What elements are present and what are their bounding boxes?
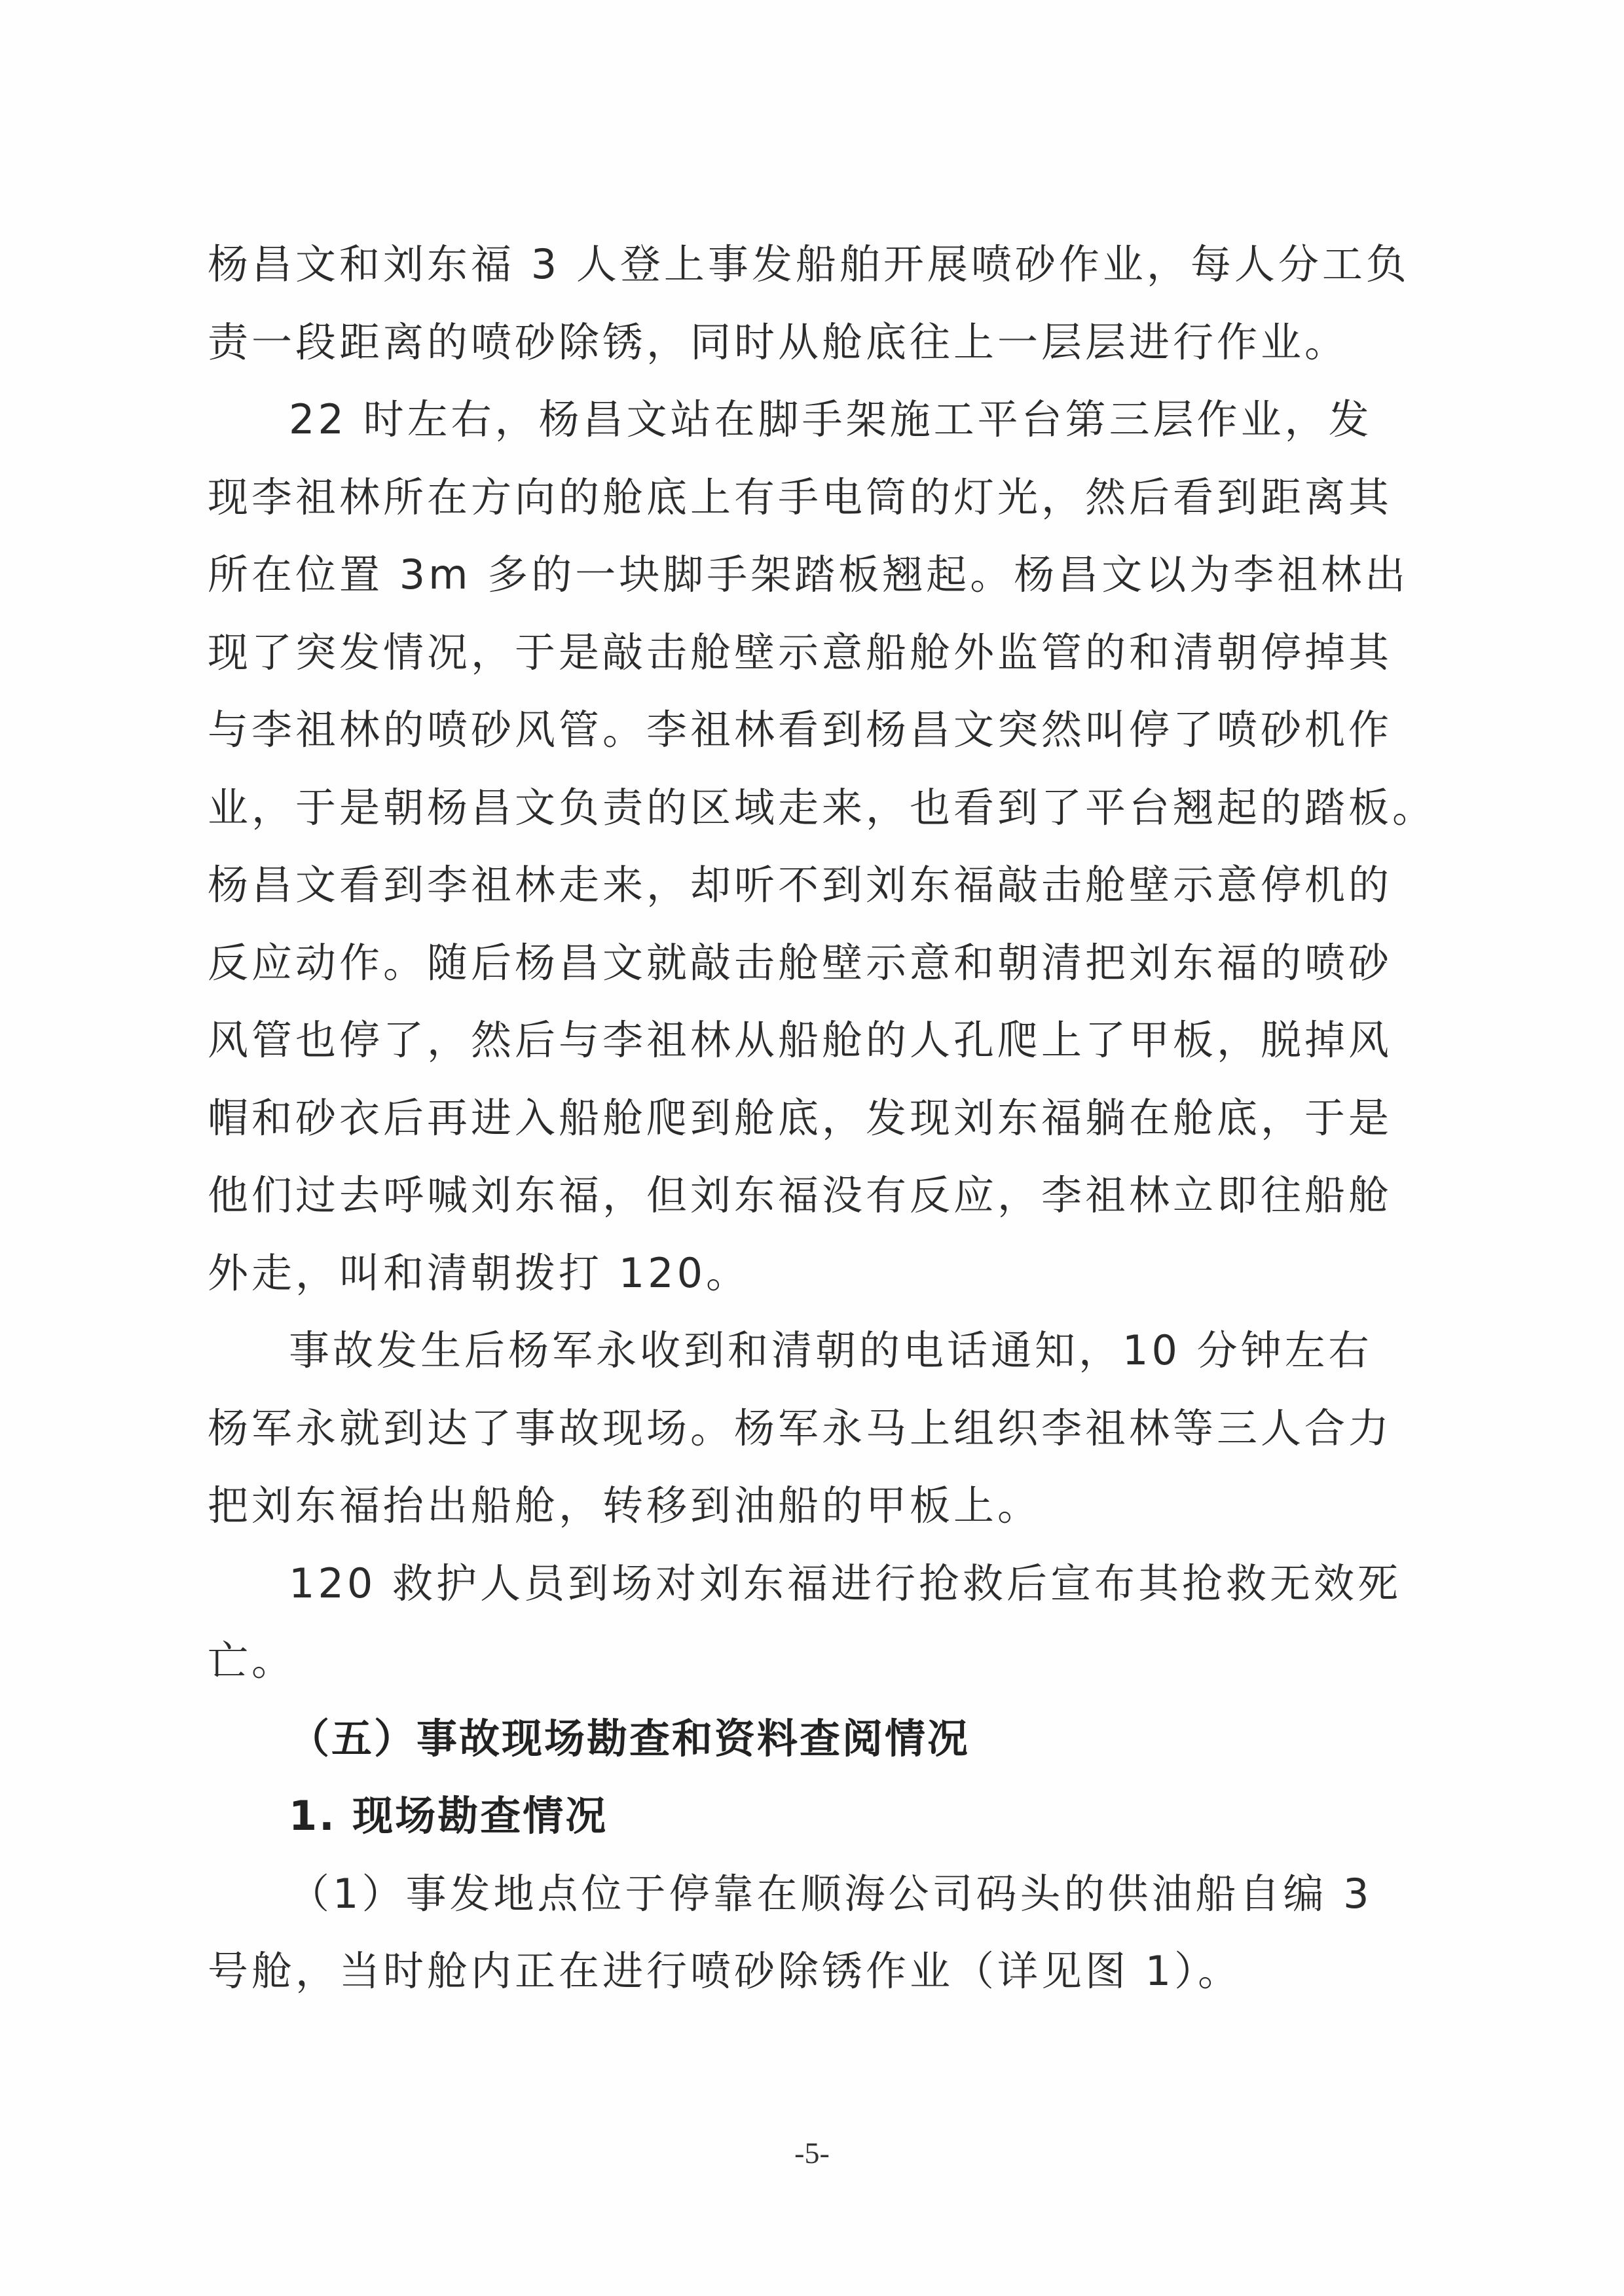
text-line: 杨昌文和刘东福 3 人登上事发船舶开展喷砂作业，每人分工负 [208, 226, 1367, 304]
text-line: 与李祖林的喷砂风管。李祖林看到杨昌文突然叫停了喷砂机作 [208, 691, 1367, 769]
text-line: 现了突发情况，于是敲击舱壁示意船舱外监管的和清朝停掉其 [208, 614, 1367, 692]
text-line: 把刘东福抬出船舱，转移到油船的甲板上。 [208, 1467, 1367, 1545]
text-line: 事故发生后杨军永收到和清朝的电话通知，10 分钟左右 [208, 1312, 1367, 1390]
text-line: 业，于是朝杨昌文负责的区域走来，也看到了平台翘起的踏板。 [208, 769, 1367, 847]
text-line: 外走，叫和清朝拨打 120。 [208, 1235, 1367, 1313]
text-line: 现李祖林所在方向的舱底上有手电筒的灯光，然后看到距离其 [208, 459, 1367, 537]
text-line: 杨军永就到达了事故现场。杨军永马上组织李祖林等三人合力 [208, 1390, 1367, 1468]
paragraph-rescue: 120 救护人员到场对刘东福进行抢救后宣布其抢救无效死 亡。 [208, 1545, 1367, 1700]
text-line: 杨昌文看到李祖林走来，却听不到刘东福敲击舱壁示意停机的 [208, 847, 1367, 924]
text-line: 责一段距离的喷砂除锈，同时从舱底往上一层层进行作业。 [208, 304, 1367, 382]
page-number: -5- [0, 2136, 1624, 2170]
paragraph-22h-events: 22 时左右，杨昌文站在脚手架施工平台第三层作业，发 现李祖林所在方向的舱底上有… [208, 381, 1367, 1312]
document-page: 杨昌文和刘东福 3 人登上事发船舶开展喷砂作业，每人分工负 责一段距离的喷砂除锈… [0, 0, 1624, 2296]
text-line: 他们过去呼喊刘东福，但刘东福没有反应，李祖林立即往船舱 [208, 1157, 1367, 1235]
paragraph-continuation: 杨昌文和刘东福 3 人登上事发船舶开展喷砂作业，每人分工负 责一段距离的喷砂除锈… [208, 226, 1367, 381]
text-line: 22 时左右，杨昌文站在脚手架施工平台第三层作业，发 [208, 381, 1367, 459]
text-line: 120 救护人员到场对刘东福进行抢救后宣布其抢救无效死 [208, 1545, 1367, 1623]
document-body: 杨昌文和刘东福 3 人登上事发船舶开展喷砂作业，每人分工负 责一段距离的喷砂除锈… [208, 226, 1367, 2011]
text-line: 号舱，当时舱内正在进行喷砂除锈作业（详见图 1）。 [208, 1933, 1367, 2011]
text-line: （1）事发地点位于停靠在顺海公司码头的供油船自编 3 [208, 1855, 1367, 1933]
text-line: 所在位置 3m 多的一块脚手架踏板翘起。杨昌文以为李祖林出 [208, 536, 1367, 614]
text-line: 帽和砂衣后再进入船舱爬到舱底，发现刘东福躺在舱底，于是 [208, 1080, 1367, 1157]
text-line: 风管也停了，然后与李祖林从船舱的人孔爬上了甲板，脱掉风 [208, 1002, 1367, 1080]
text-line: 亡。 [208, 1622, 1367, 1700]
paragraph-after-accident: 事故发生后杨军永收到和清朝的电话通知，10 分钟左右 杨军永就到达了事故现场。杨… [208, 1312, 1367, 1545]
section-heading: （五）事故现场勘查和资料查阅情况 [208, 1700, 1367, 1778]
text-line: 反应动作。随后杨昌文就敲击舱壁示意和朝清把刘东福的喷砂 [208, 924, 1367, 1002]
paragraph-scene: （1）事发地点位于停靠在顺海公司码头的供油船自编 3 号舱，当时舱内正在进行喷砂… [208, 1855, 1367, 2011]
subsection-heading: 1. 现场勘查情况 [208, 1777, 1367, 1855]
